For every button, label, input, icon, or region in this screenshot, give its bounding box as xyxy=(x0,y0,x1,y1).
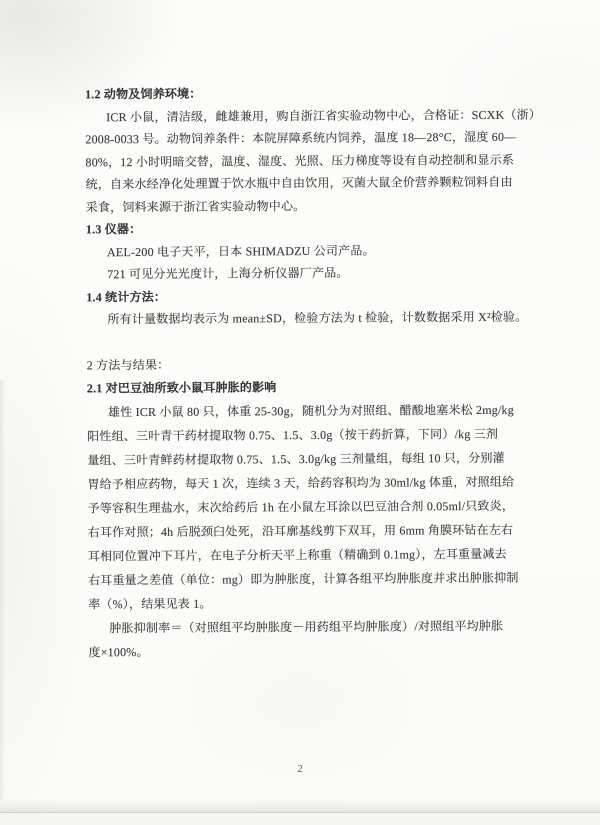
section-heading-ear-swelling: 2.1 对巴豆油所致小鼠耳肿胀的影响 xyxy=(87,374,534,401)
body-line: 右耳重量之差值（单位：mg）即为肿胀度，计算各组平均肿胀度并求出肿胀抑制 xyxy=(88,566,535,593)
body-line: 予等容积生理盐水，末次给药后 1h 在小鼠左耳涂以巴豆油合剂 0.05ml/只致… xyxy=(88,494,535,521)
body-line: 量组、三叶青鲜药材提取物 0.75、1.5、3.0g/kg 三剂量组，每组 10… xyxy=(87,446,534,473)
formula-line: 肿胀抑制率＝（对照组平均肿胀度－用药组平均肿胀度）/对照组平均肿胀 xyxy=(88,614,535,641)
body-line: 2008-0033 号。动物饲养条件：本院屏障系统内饲养，温度 18—28°C，… xyxy=(85,126,532,151)
section-gap xyxy=(87,328,534,354)
page-number: 2 xyxy=(0,763,600,775)
body-line: 右耳作对照；4h 后脱颈臼处死，沿耳廓基线剪下双耳，用 6mm 角膜环钻在左右 xyxy=(88,518,535,545)
section-heading-animals: 1.2 动物及饲养环境： xyxy=(85,81,532,106)
scan-edge-shadow-left xyxy=(0,380,5,800)
section-heading-statistics: 1.4 统计方法： xyxy=(86,283,533,308)
formula-line: 度×100%。 xyxy=(88,638,535,665)
body-line: ICR 小鼠，清洁级，雌雄兼用，购自浙江省实验动物中心，合格证：SCXK（浙） xyxy=(85,103,532,128)
body-line: 雄性 ICR 小鼠 80 只，体重 25-30g，随机分为对照组、醋酸地塞米松 … xyxy=(87,398,534,425)
section-heading-methods-results: 2 方法与结果： xyxy=(87,351,534,376)
scan-strip-below-edge xyxy=(0,813,600,825)
body-line: 阳性组、三叶青干药材提取物 0.75、1.5、3.0g（按干药折算，下同）/kg… xyxy=(87,422,534,449)
body-line: 胃给予相应药物，每天 1 次，连续 3 天，给药容积均为 30ml/kg 体重，… xyxy=(87,470,534,497)
body-line: 耳相同位置冲下耳片，在电子分析天平上称重（精确到 0.1mg），左耳重量减去 xyxy=(88,542,535,569)
body-line: 721 可见分光光度计，上海分析仪器厂产品。 xyxy=(86,261,533,286)
document-text-block: 1.2 动物及饲养环境： ICR 小鼠，清洁级，雌雄兼用，购自浙江省实验动物中心… xyxy=(85,81,536,665)
body-line: 80%，12 小时明暗交替，温度、湿度、光照、压力梯度等设有自动控制和显示系 xyxy=(85,148,532,173)
body-line: 率（%），结果见表 1。 xyxy=(88,590,535,617)
scanned-document-page: 1.2 动物及饲养环境： ICR 小鼠，清洁级，雌雄兼用，购自浙江省实验动物中心… xyxy=(0,0,600,825)
body-line: 所有计量数据均表示为 mean±SD，检验方法为 t 检验，计数数据采用 X²检… xyxy=(86,306,533,331)
body-line: 统，自来水经净化处理置于饮水瓶中自由饮用，灭菌大鼠全价营养颗粒饲料自由 xyxy=(86,171,533,196)
body-line: 采食，饲料来源于浙江省实验动物中心。 xyxy=(86,193,533,218)
body-line: AEL-200 电子天平，日本 SHIMADZU 公司产品。 xyxy=(86,238,533,263)
scan-edge-shadow-bottom xyxy=(0,799,600,813)
section-heading-instruments: 1.3 仪器： xyxy=(86,216,533,241)
